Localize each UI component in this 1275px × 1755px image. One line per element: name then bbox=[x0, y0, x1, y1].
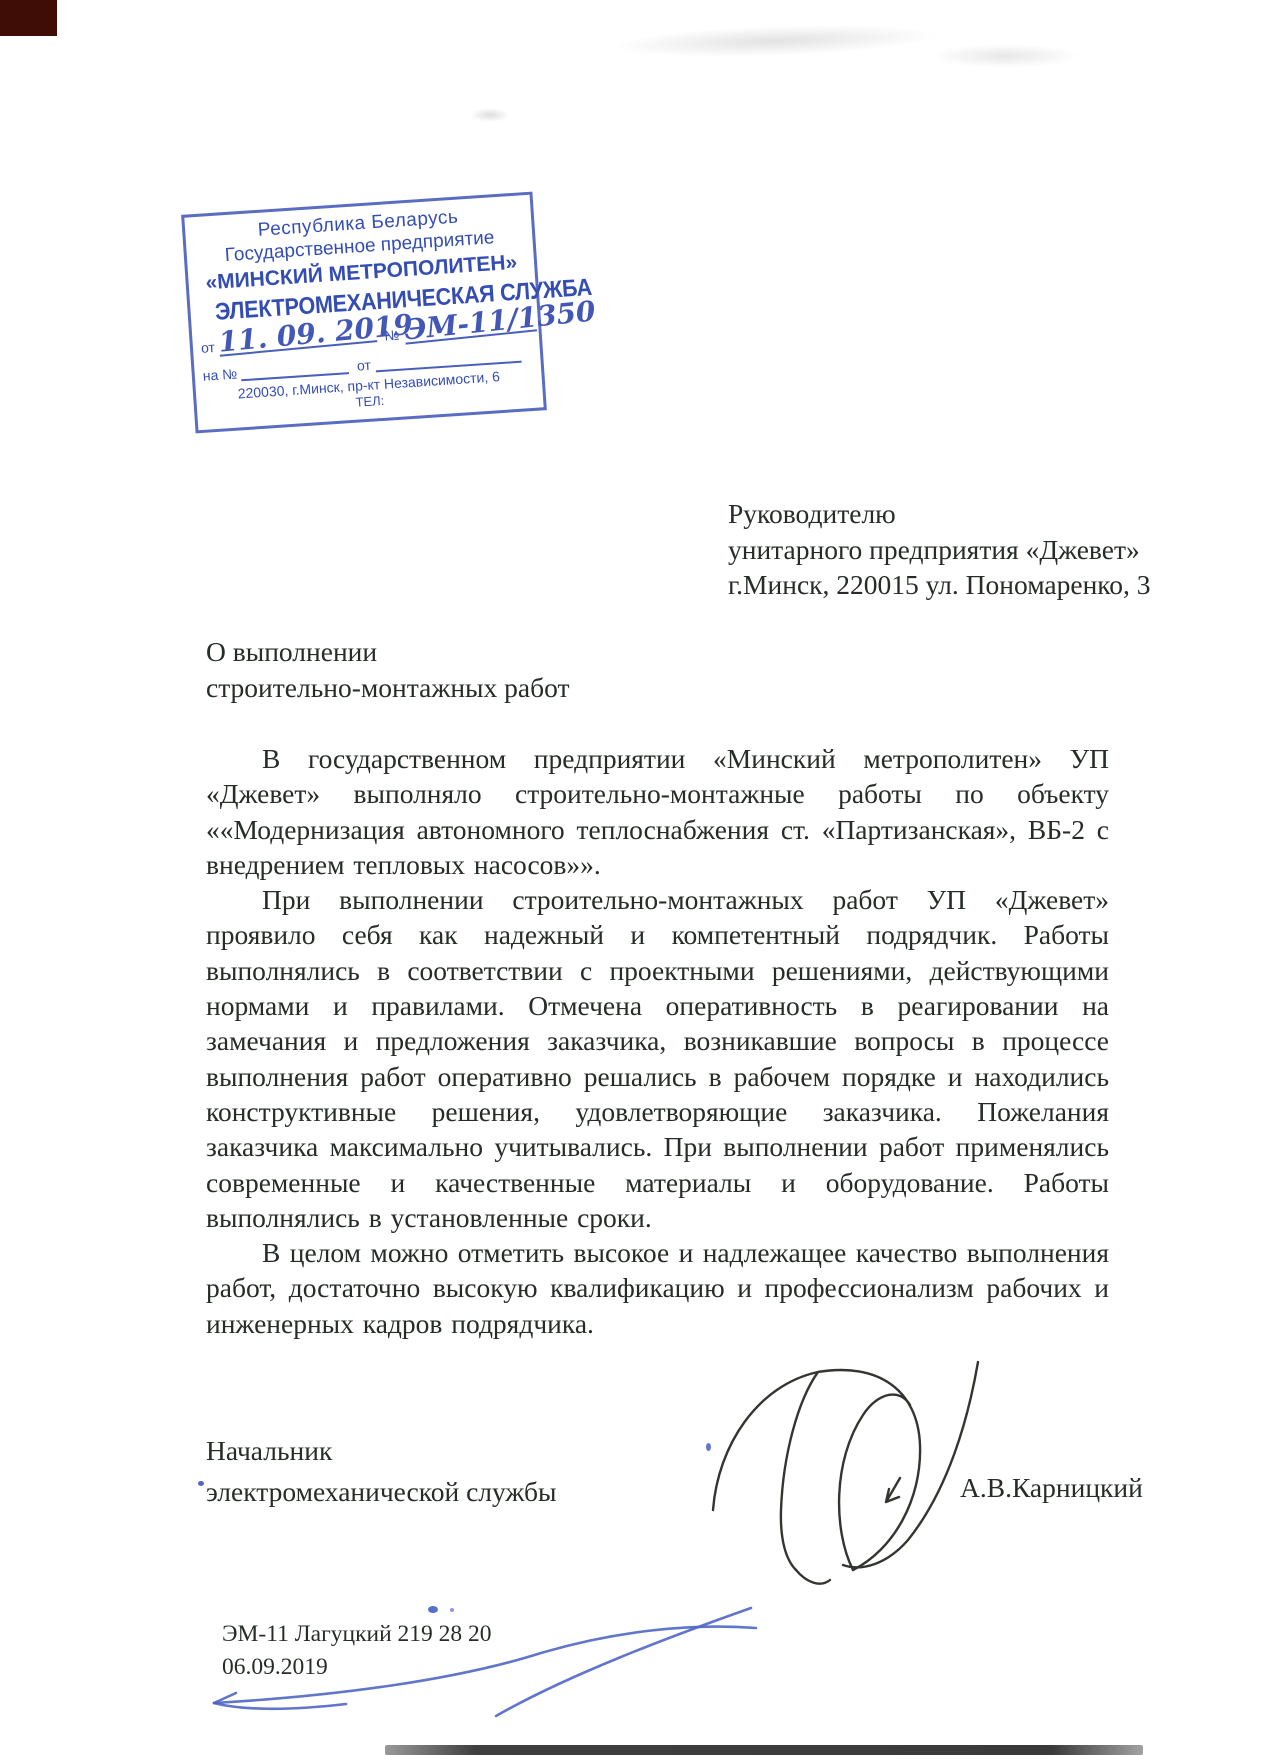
stamp-ref-blank bbox=[241, 358, 350, 381]
subject-line: строительно-монтажных работ bbox=[206, 670, 570, 706]
recipient-block: Руководителю унитарного предприятия «Дже… bbox=[728, 496, 1151, 603]
body-paragraph: При выполнении строительно-монтажных раб… bbox=[206, 882, 1109, 1235]
scan-smudge bbox=[610, 20, 941, 61]
stamp-from-label: от bbox=[200, 339, 219, 356]
ink-speck bbox=[428, 1606, 438, 1613]
organization-stamp: Республика Беларусь Государственное пред… bbox=[181, 192, 547, 434]
scan-corner-artifact bbox=[0, 0, 57, 36]
ink-speck bbox=[198, 1481, 204, 1486]
scan-smudge bbox=[470, 108, 510, 122]
body-paragraph: В целом можно отметить высокое и надлежа… bbox=[206, 1235, 1109, 1341]
stamp-ref-from-label: от bbox=[348, 356, 376, 374]
subject-line: О выполнении bbox=[206, 634, 570, 670]
stamp-number-value: ЭМ-11/1350 bbox=[403, 305, 537, 344]
recipient-line: унитарного предприятия «Джевет» bbox=[728, 532, 1151, 568]
recipient-line: Руководителю bbox=[728, 496, 1151, 532]
scan-edge-bar bbox=[385, 1745, 1143, 1755]
signer-title-line: электромеханической службы bbox=[206, 1471, 557, 1512]
scan-smudge bbox=[930, 44, 1080, 68]
ink-speck bbox=[450, 1608, 454, 1612]
signer-name: А.В.Карницкий bbox=[960, 1472, 1143, 1504]
signer-title-block: Начальник электромеханической службы bbox=[206, 1430, 557, 1512]
stamp-ref-label: на № bbox=[202, 365, 241, 384]
ink-speck bbox=[706, 1443, 711, 1451]
scanned-letter-page: Республика Беларусь Государственное пред… bbox=[0, 0, 1275, 1755]
letter-subject: О выполнении строительно-монтажных работ bbox=[206, 634, 570, 706]
letter-body: В государственном предприятии «Минский м… bbox=[206, 741, 1109, 1341]
signer-title-line: Начальник bbox=[206, 1430, 557, 1471]
body-paragraph: В государственном предприятии «Минский м… bbox=[206, 741, 1109, 882]
pen-scribble-icon bbox=[196, 1598, 806, 1728]
recipient-line: г.Минск, 220015 ул. Пономаренко, 3 bbox=[728, 567, 1151, 603]
